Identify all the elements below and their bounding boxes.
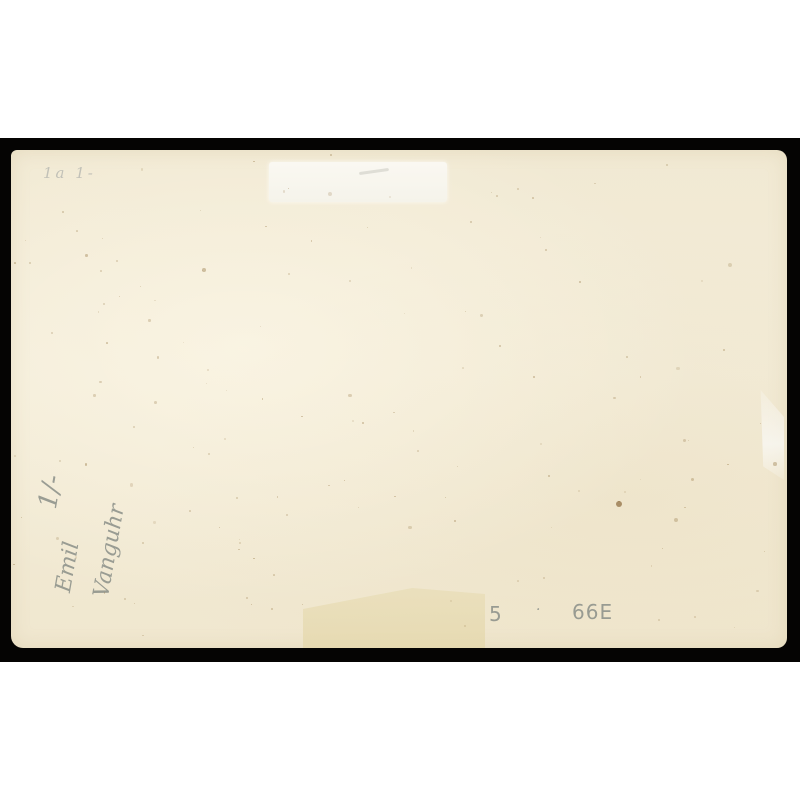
speckle — [142, 635, 143, 636]
speckle — [14, 262, 16, 264]
speckle — [445, 497, 446, 498]
speckle — [728, 263, 732, 267]
speckle — [674, 518, 678, 522]
speckle — [533, 376, 535, 378]
speckle — [404, 313, 406, 315]
speckle — [202, 268, 206, 272]
speckle — [189, 510, 191, 512]
speckle — [760, 423, 761, 424]
speckle — [480, 314, 482, 316]
speckle — [260, 326, 261, 327]
speckle — [417, 450, 419, 452]
speckle — [330, 154, 332, 156]
bottom-code: 66E — [572, 600, 613, 624]
speckle — [273, 574, 275, 576]
speckle — [548, 475, 550, 477]
bottom-separator: · — [536, 602, 540, 618]
speckle — [253, 161, 255, 163]
speckle — [153, 521, 155, 523]
speckle — [206, 383, 207, 384]
price-pencil-note: 1/- — [33, 472, 68, 511]
speckle — [688, 440, 689, 441]
speckle — [626, 356, 628, 358]
speckle — [723, 349, 725, 351]
speckle — [239, 542, 241, 544]
signature-line-1: Emil — [51, 540, 84, 595]
speckle — [246, 597, 248, 599]
speckle — [154, 300, 155, 301]
speckle — [119, 296, 120, 297]
speckle — [408, 526, 412, 530]
speckle — [157, 356, 159, 358]
speckle — [465, 311, 466, 312]
speckle — [253, 558, 254, 559]
speckle — [551, 527, 553, 529]
speckle — [543, 577, 545, 579]
speckle — [462, 367, 464, 369]
speckle — [76, 230, 78, 232]
speckle — [676, 367, 679, 370]
speckle — [358, 507, 359, 508]
speckle — [367, 227, 368, 228]
speckle — [302, 604, 303, 605]
speckle — [51, 332, 53, 334]
postcard-back: 1a 1- 1/- Emil Vanguhr 5 · 66E — [11, 150, 787, 648]
speckle — [734, 627, 735, 628]
speckle — [491, 192, 492, 193]
speckle — [684, 507, 686, 509]
speckle — [540, 443, 542, 445]
speckle — [141, 168, 143, 170]
speckle — [594, 183, 596, 185]
speckle — [183, 342, 185, 344]
speckle — [457, 466, 458, 467]
speckle — [662, 548, 663, 549]
speckle — [362, 422, 364, 424]
speckle — [683, 439, 686, 442]
speckle — [545, 249, 547, 251]
speckle — [301, 416, 303, 418]
speckle — [764, 551, 766, 553]
speckle — [59, 460, 61, 462]
speckle — [251, 604, 252, 605]
speckle — [262, 398, 263, 399]
speckle — [99, 381, 101, 383]
speckle — [102, 238, 103, 239]
speckle — [651, 565, 653, 567]
speckle — [56, 537, 59, 540]
foxing-spot — [616, 501, 622, 507]
speckle — [613, 397, 615, 399]
speckle — [72, 606, 74, 608]
speckle — [154, 401, 157, 404]
top-left-pencil-note: 1a 1- — [43, 164, 96, 182]
speckle — [148, 319, 150, 321]
speckle — [93, 394, 95, 396]
speckle — [348, 394, 351, 397]
speckle — [85, 463, 88, 466]
speckle — [98, 311, 99, 312]
speckle — [450, 600, 452, 602]
speckle — [238, 549, 240, 551]
speckle — [236, 497, 238, 499]
speckle — [224, 438, 226, 440]
hinge-stain — [303, 588, 485, 648]
speckle — [640, 479, 641, 480]
speckle — [756, 590, 758, 592]
speckle — [470, 221, 472, 223]
speckle — [411, 267, 412, 268]
speckle — [140, 286, 141, 287]
speckle — [496, 195, 498, 197]
speckle — [219, 527, 220, 528]
speckle — [352, 420, 354, 422]
speckle — [239, 539, 240, 540]
speckle — [21, 517, 22, 518]
speckle — [517, 580, 519, 582]
speckle — [393, 412, 394, 413]
speckle — [62, 211, 64, 213]
speckle — [277, 496, 278, 497]
speckle — [100, 270, 102, 272]
speckle — [349, 280, 351, 282]
speckle — [413, 430, 414, 431]
speckle — [133, 426, 135, 428]
speckle — [288, 273, 289, 274]
speckle — [226, 390, 227, 391]
speckle — [499, 345, 501, 347]
speckle — [464, 625, 466, 627]
speckle — [85, 254, 87, 256]
speckle — [103, 303, 105, 305]
paper-abrasion — [758, 390, 784, 480]
speckle — [666, 164, 668, 166]
speckle — [29, 262, 32, 265]
speckle — [14, 455, 16, 457]
speckle — [394, 496, 396, 498]
speckle — [106, 342, 108, 344]
speckle — [200, 210, 201, 211]
speckle — [265, 226, 267, 228]
speckle — [283, 190, 286, 193]
speckle — [286, 514, 288, 516]
speckle — [311, 240, 312, 241]
speckle — [517, 188, 519, 190]
speckle — [130, 483, 134, 487]
paper-thinning-patch — [269, 162, 447, 202]
pencil-smudge — [359, 168, 389, 175]
speckle — [344, 480, 345, 481]
speckle — [727, 464, 728, 465]
speckle — [624, 491, 626, 493]
speckle — [694, 616, 696, 618]
signature-line-2: Vanguhr — [89, 502, 130, 599]
speckle — [579, 281, 581, 283]
speckle — [578, 490, 580, 492]
bottom-number: 5 — [489, 602, 502, 626]
speckle — [134, 603, 135, 604]
speckle — [208, 453, 210, 455]
speckle — [13, 564, 14, 565]
speckle — [328, 485, 329, 486]
speckle — [124, 598, 126, 600]
speckle — [532, 197, 534, 199]
speckle — [658, 619, 660, 621]
speckle — [701, 280, 703, 282]
speckle — [640, 376, 641, 377]
speckle — [540, 237, 541, 238]
speckle — [25, 240, 26, 241]
speckle — [691, 478, 694, 481]
speckle — [116, 260, 118, 262]
speckle — [271, 608, 273, 610]
speckle — [142, 542, 144, 544]
speckle — [207, 369, 209, 371]
speckle — [454, 520, 456, 522]
speckle — [773, 462, 777, 466]
speckle — [193, 447, 195, 449]
